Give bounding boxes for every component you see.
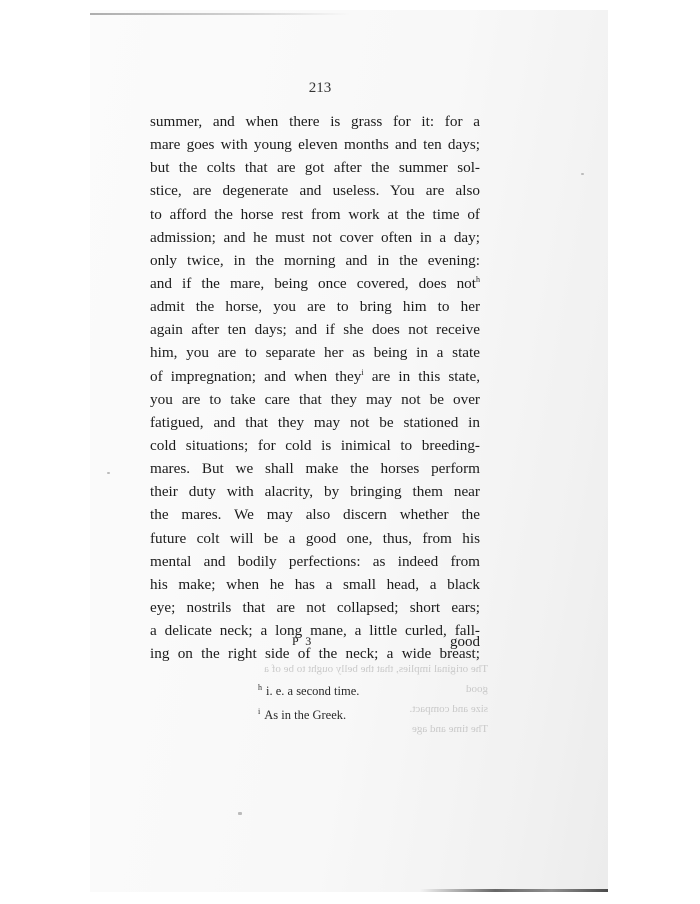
text-line: eye; nostrils that are not collapsed; sh…	[150, 596, 480, 619]
body-text: summer, and when there is grass for it: …	[150, 110, 480, 665]
text-line: their duty with alacrity, by bringing th…	[150, 480, 480, 503]
footnote-ref-h: h	[476, 275, 480, 284]
catchword: good	[450, 634, 480, 651]
text-line-content: and if the mare, being once covered, doe…	[150, 275, 476, 292]
text-line: future colt will be a good one, thus, fr…	[150, 527, 480, 550]
footnote-mark: h	[258, 683, 262, 692]
text-line: cold situations; for cold is inimical to…	[150, 434, 480, 457]
text-line: of impregnation; and when theyi are in t…	[150, 365, 480, 388]
scan-edge-smudge	[90, 13, 350, 15]
text-line: and if the mare, being once covered, doe…	[150, 272, 480, 295]
text-line: admit the horse, you are to bring him to…	[150, 295, 480, 318]
footnote-i: iAs in the Greek.	[258, 700, 518, 724]
text-line: him, you are to separate her as being in…	[150, 341, 480, 364]
footnotes: hi. e. a second time. iAs in the Greek.	[258, 676, 518, 724]
footnote-text: i. e. a second time.	[266, 684, 359, 698]
signature-mark: P 3	[292, 634, 313, 649]
text-line: mares. But we shall make the horses perf…	[150, 457, 480, 480]
footnote-text: As in the Greek.	[264, 708, 346, 722]
text-line: the mares. We may also discern whether t…	[150, 503, 480, 526]
text-line: his make; when he has a small head, a bl…	[150, 573, 480, 596]
scan-edge-shadow	[420, 889, 608, 892]
text-line: summer, and when there is grass for it: …	[150, 110, 480, 133]
text-line: mare goes with young eleven months and t…	[150, 133, 480, 156]
text-line: to afford the horse rest from work at th…	[150, 203, 480, 226]
page-number: 213	[290, 80, 350, 97]
footnote-h: hi. e. a second time.	[258, 676, 518, 700]
text-line: you are to take care that they may not b…	[150, 388, 480, 411]
text-line-tail: are in this state,	[364, 368, 480, 385]
paper-speck	[238, 812, 242, 815]
text-line: only twice, in the morning and in the ev…	[150, 249, 480, 272]
text-line: fatigued, and that they may not be stati…	[150, 411, 480, 434]
text-line: but the colts that are got after the sum…	[150, 156, 480, 179]
paper-speck	[581, 173, 584, 175]
text-line: mental and bodily perfections: as indeed…	[150, 550, 480, 573]
footnote-mark: i	[258, 707, 260, 716]
text-line-content: of impregnation; and when they	[150, 368, 361, 385]
text-line: stice, are degenerate and useless. You a…	[150, 179, 480, 202]
page-footer: P 3 good	[150, 634, 480, 654]
paper-speck	[107, 472, 110, 474]
text-line: again after ten days; and if she does no…	[150, 318, 480, 341]
text-line: admission; and he must not cover often i…	[150, 226, 480, 249]
